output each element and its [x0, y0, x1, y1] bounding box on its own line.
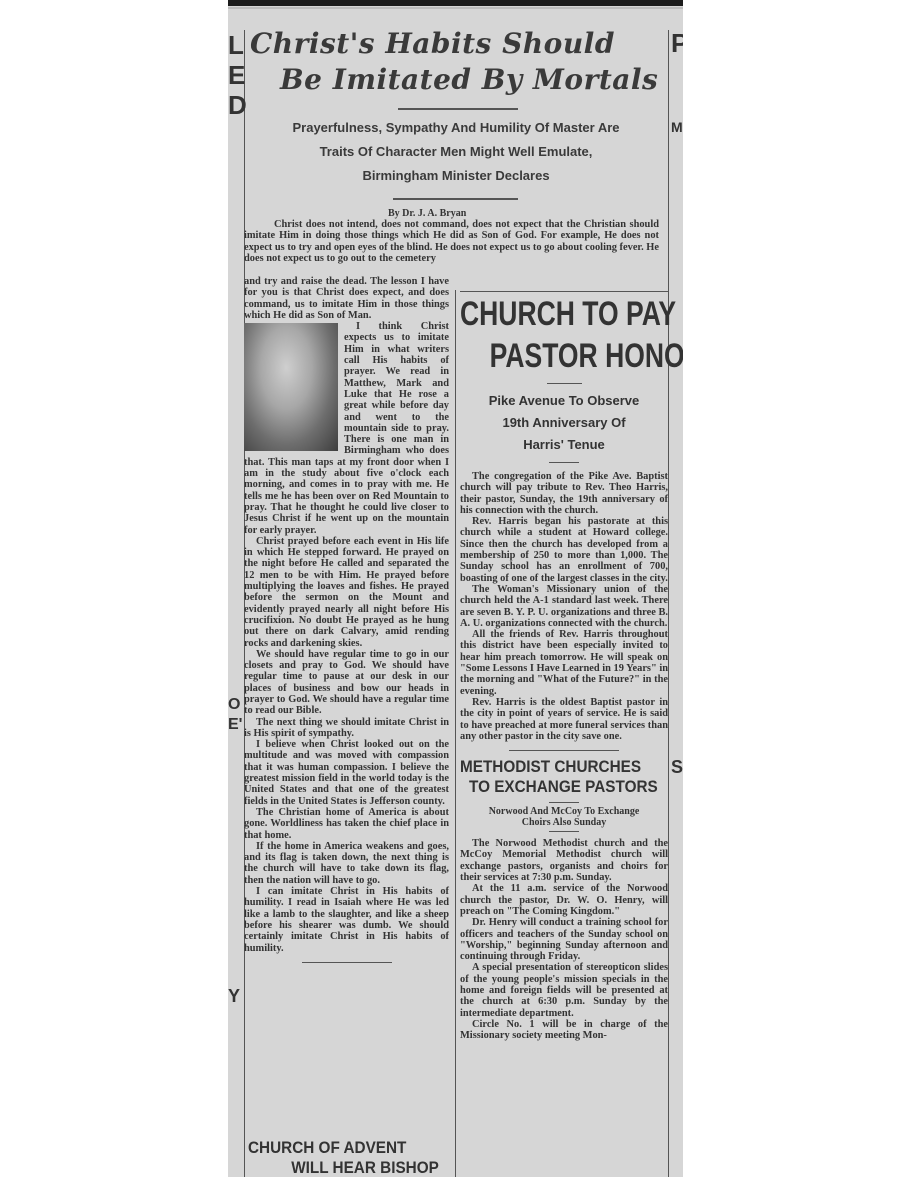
fragment-letter: P	[671, 28, 683, 58]
deck-line: Traits Of Character Men Might Well Emula…	[246, 140, 666, 164]
paragraph: If the home in America weakens and goes,…	[244, 841, 449, 886]
paragraph: Rev. Harris began his pastorate at this …	[460, 516, 668, 584]
fragment-letter: O	[228, 695, 244, 715]
paragraph: Circle No. 1 will be in charge of the Mi…	[460, 1019, 668, 1042]
paragraph: The next thing we should imitate Christ …	[244, 717, 449, 740]
column-rule-right	[668, 30, 669, 1177]
paragraph: The congregation of the Pike Ave. Baptis…	[460, 471, 668, 516]
deck-rule	[393, 198, 518, 200]
section-rule	[509, 750, 619, 751]
pastor-deck: Pike Avenue To Observe 19th Anniversary …	[460, 390, 668, 456]
deck-rule	[549, 462, 579, 463]
paragraph: Rev. Harris is the oldest Baptist pastor…	[460, 697, 668, 742]
deck-line: Prayerfulness, Sympathy And Humility Of …	[246, 116, 666, 140]
headline-line-2: PASTOR HONOR	[460, 335, 622, 377]
paragraph: I can imitate Christ in His habits of hu…	[244, 886, 449, 954]
fragment-letter: E'	[228, 715, 244, 735]
paragraph: and try and raise the dead. The lesson I…	[244, 276, 449, 321]
headline-line-1: METHODIST CHURCHES	[460, 757, 647, 777]
paragraph: Dr. Henry will conduct a training school…	[460, 917, 668, 962]
scan-top-border	[228, 0, 683, 6]
paragraph: Christ prayed before each event in His l…	[244, 536, 449, 649]
paragraph: At the 11 a.m. service of the Norwood ch…	[460, 883, 668, 917]
headline-line-2: WILL HEAR BISHOP	[248, 1158, 428, 1177]
methodist-article-body: The Norwood Methodist church and the McC…	[460, 838, 668, 1041]
headline-line-2: Be Imitated By Mortals	[250, 62, 670, 98]
deck-line: Birmingham Minister Declares	[246, 164, 666, 188]
headline-line-1: CHURCH OF ADVENT	[248, 1138, 406, 1157]
paragraph: We should have regular time to go in our…	[244, 649, 449, 717]
methodist-headline: METHODIST CHURCHES TO EXCHANGE PASTORS	[460, 757, 647, 797]
fragment-letter: M	[671, 118, 683, 136]
pastor-headline: CHURCH TO PAY PASTOR HONOR	[460, 293, 622, 377]
deck-line: Choirs Also Sunday	[460, 817, 668, 828]
byline: By Dr. J. A. Bryan	[388, 208, 466, 219]
fragment-letter: S	[671, 756, 683, 778]
deck-line: 19th Anniversary Of	[460, 412, 668, 434]
paragraph: All the friends of Rev. Harris throughou…	[460, 629, 668, 697]
deck-line: Pike Avenue To Observe	[460, 390, 668, 412]
main-headline: Christ's Habits Should Be Imitated By Mo…	[250, 26, 670, 98]
section-rule	[302, 962, 392, 963]
paragraph: A special presentation of stereopticon s…	[460, 962, 668, 1018]
paragraph: The Norwood Methodist church and the McC…	[460, 838, 668, 883]
headline-rule	[547, 383, 582, 384]
deck-rule	[549, 831, 579, 832]
paragraph: Christ does not intend, does not command…	[244, 219, 659, 264]
main-article-column: and try and raise the dead. The lesson I…	[244, 276, 449, 971]
column-top-rule	[460, 291, 668, 292]
paragraph: The Woman's Missionary union of the chur…	[460, 584, 668, 629]
right-column: CHURCH TO PAY PASTOR HONOR Pike Avenue T…	[460, 293, 668, 1041]
fragment-letter: Y	[228, 985, 244, 1007]
deck-line: Harris' Tenue	[460, 434, 668, 456]
adjacent-column-left-fragment: L E D O E' Y	[228, 30, 244, 1007]
deck-line: Norwood And McCoy To Exchange	[460, 806, 668, 817]
main-deck: Prayerfulness, Sympathy And Humility Of …	[246, 116, 666, 188]
headline-line-1: Christ's Habits Should	[250, 27, 615, 60]
headline-rule	[549, 802, 579, 803]
fragment-letter: E	[228, 60, 244, 90]
paragraph: I believe when Christ looked out on the …	[244, 739, 449, 807]
newspaper-clipping: L E D O E' Y P M S Christ's Habits Shoul…	[228, 0, 683, 1177]
headline-rule	[398, 108, 518, 110]
column-rule-middle	[455, 290, 456, 1177]
paragraph: The Christian home of America is about g…	[244, 807, 449, 841]
scan-top-line	[228, 7, 683, 9]
pastor-article-body: The congregation of the Pike Ave. Baptis…	[460, 471, 668, 742]
fragment-letter: D	[228, 90, 244, 120]
main-lead-paragraph: Christ does not intend, does not command…	[244, 219, 659, 264]
headline-line-2: TO EXCHANGE PASTORS	[460, 777, 647, 797]
author-portrait-photo	[244, 323, 338, 451]
headline-line-1: CHURCH TO PAY	[460, 295, 676, 333]
adjacent-column-right-fragment: P M S	[671, 28, 683, 778]
methodist-deck: Norwood And McCoy To Exchange Choirs Als…	[460, 806, 668, 828]
fragment-letter: L	[228, 30, 244, 60]
advent-headline: CHURCH OF ADVENT WILL HEAR BISHOP	[248, 1138, 428, 1177]
